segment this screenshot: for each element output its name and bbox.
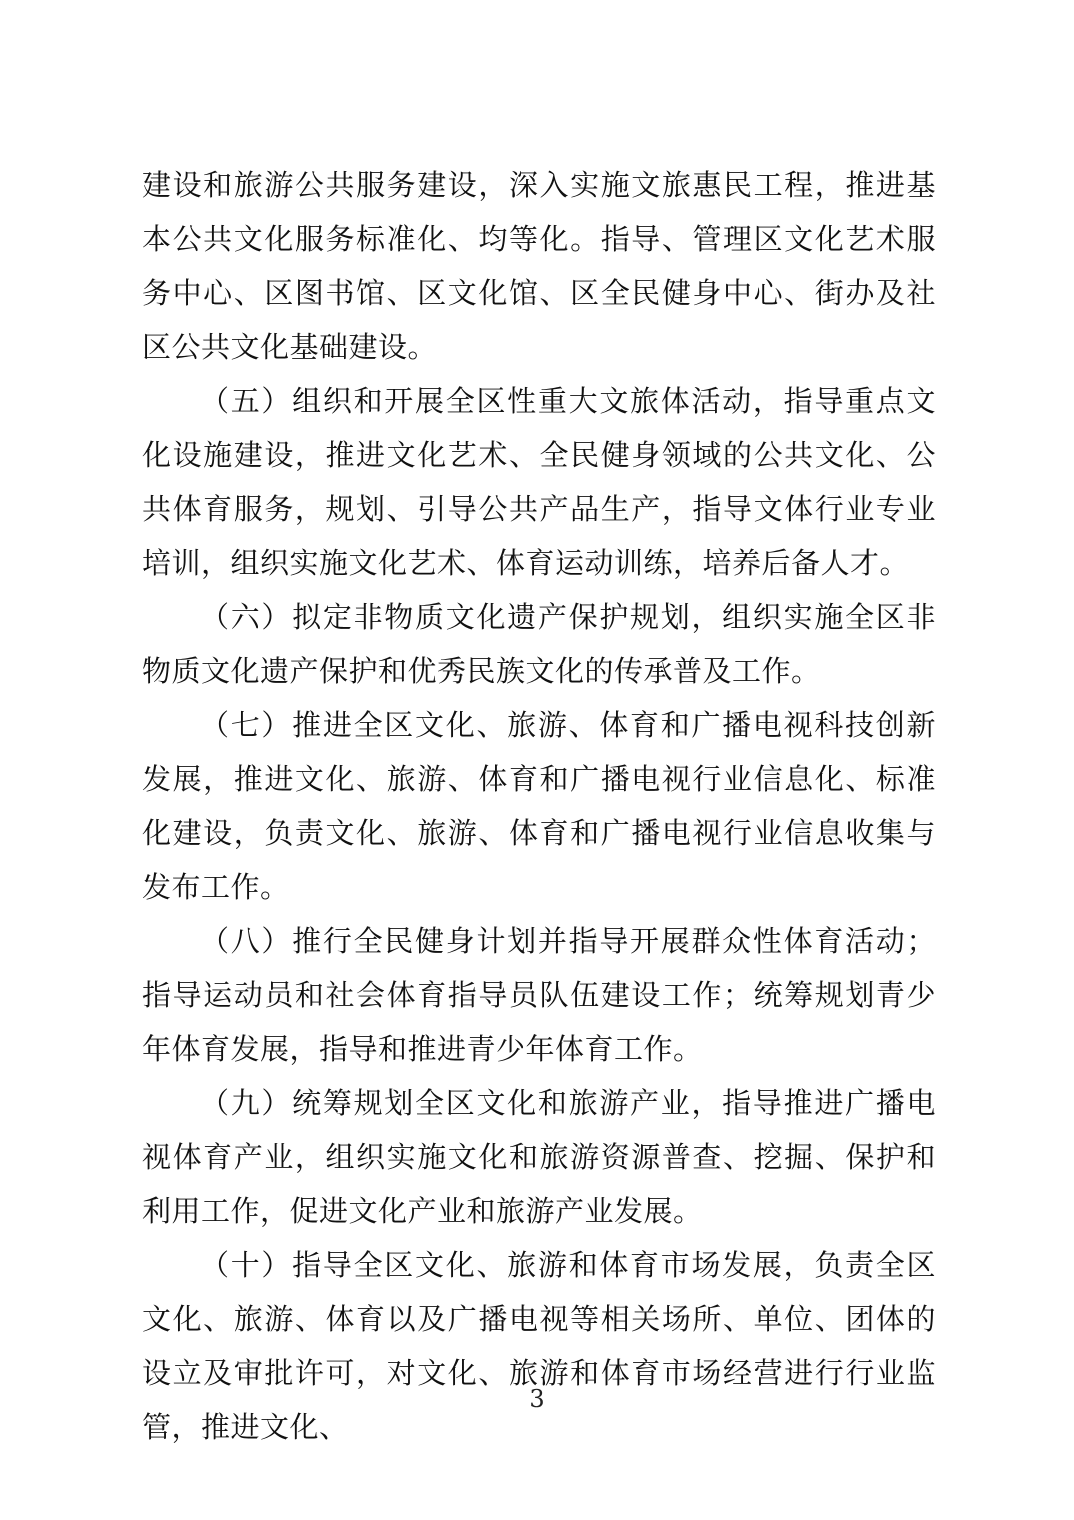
paragraph-item-7: （七）推进全区文化、旅游、体育和广播电视科技创新发展，推进文化、旅游、体育和广播… bbox=[142, 698, 936, 914]
document-page: 建设和旅游公共服务建设，深入实施文旅惠民工程，推进基本公共文化服务标准化、均等化… bbox=[0, 0, 1074, 1520]
paragraph-item-5: （五）组织和开展全区性重大文旅体活动，指导重点文化设施建设，推进文化艺术、全民健… bbox=[142, 374, 936, 590]
paragraph-item-8: （八）推行全民健身计划并指导开展群众性体育活动；指导运动员和社会体育指导员队伍建… bbox=[142, 914, 936, 1076]
document-body: 建设和旅游公共服务建设，深入实施文旅惠民工程，推进基本公共文化服务标准化、均等化… bbox=[142, 158, 936, 1454]
paragraph-item-9: （九）统筹规划全区文化和旅游产业，指导推进广播电视体育产业，组织实施文化和旅游资… bbox=[142, 1076, 936, 1238]
paragraph-continuation: 建设和旅游公共服务建设，深入实施文旅惠民工程，推进基本公共文化服务标准化、均等化… bbox=[142, 158, 936, 374]
page-number: 3 bbox=[0, 1384, 1074, 1414]
paragraph-item-10: （十）指导全区文化、旅游和体育市场发展，负责全区文化、旅游、体育以及广播电视等相… bbox=[142, 1238, 936, 1454]
paragraph-item-6: （六）拟定非物质文化遗产保护规划，组织实施全区非物质文化遗产保护和优秀民族文化的… bbox=[142, 590, 936, 698]
